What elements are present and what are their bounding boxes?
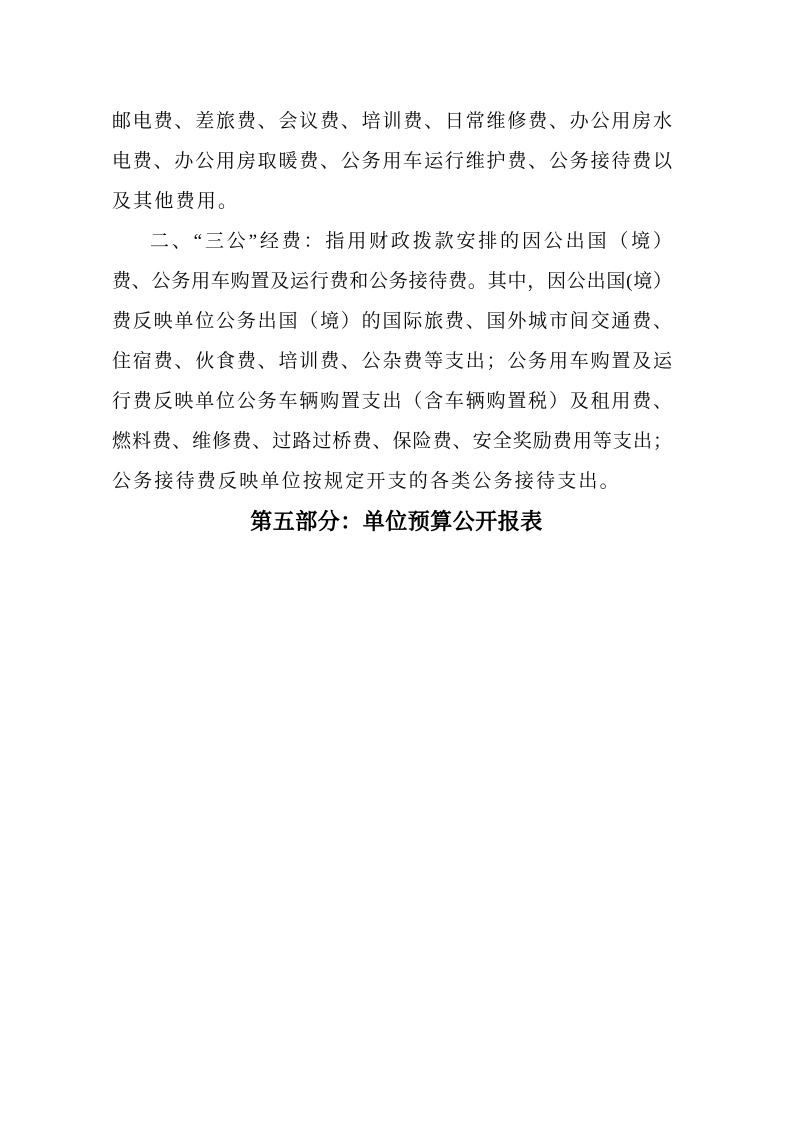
paragraph-sangong-line-5: 行费反映单位公务车辆购置支出（含车辆购置税）及租用费、 xyxy=(112,382,672,422)
paragraph-sangong-line-1: 二、“三公”经费：指用财政拨款安排的因公出国（境） xyxy=(112,222,672,262)
paragraph-fees-line-1: 邮电费、差旅费、会议费、培训费、日常维修费、办公用房水 xyxy=(112,102,672,142)
document-page: 邮电费、差旅费、会议费、培训费、日常维修费、办公用房水 电费、办公用房取暖费、公… xyxy=(0,0,793,1122)
paragraph-fees-line-3: 及其他费用。 xyxy=(112,182,672,222)
section-heading: 第五部分：单位预算公开报表 xyxy=(0,502,793,542)
body-text: 邮电费、差旅费、会议费、培训费、日常维修费、办公用房水 电费、办公用房取暖费、公… xyxy=(112,102,672,502)
paragraph-sangong-line-3: 费反映单位公务出国（境）的国际旅费、国外城市间交通费、 xyxy=(112,302,672,342)
paragraph-sangong-line-6: 燃料费、维修费、过路过桥费、保险费、安全奖励费用等支出； xyxy=(112,422,672,462)
paragraph-sangong-line-2: 费、公务用车购置及运行费和公务接待费。其中，因公出国(境） xyxy=(112,262,672,302)
paragraph-sangong-line-4: 住宿费、伙食费、培训费、公杂费等支出；公务用车购置及运 xyxy=(112,342,672,382)
paragraph-sangong-line-7: 公务接待费反映单位按规定开支的各类公务接待支出。 xyxy=(112,462,672,502)
paragraph-fees-line-2: 电费、办公用房取暖费、公务用车运行维护费、公务接待费以 xyxy=(112,142,672,182)
